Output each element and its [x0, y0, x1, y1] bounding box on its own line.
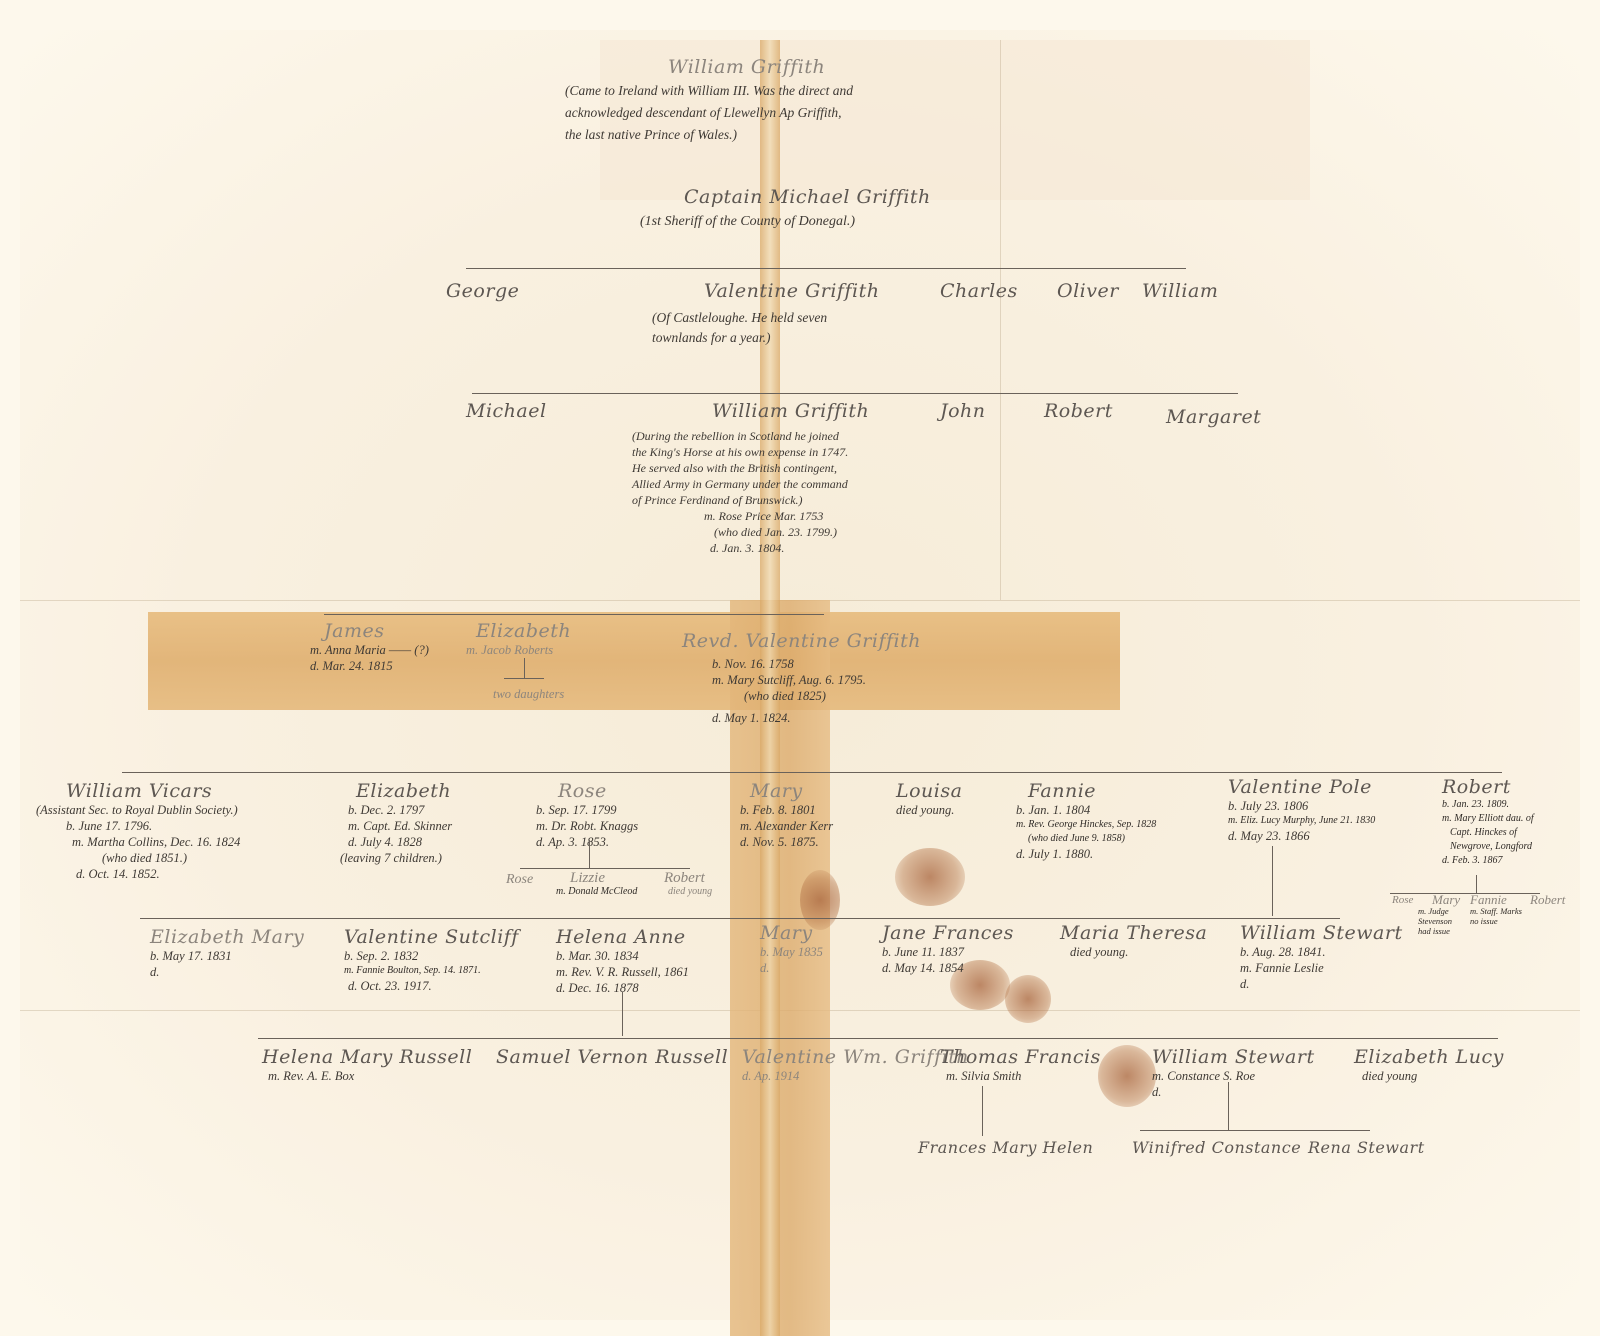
elizabeth-children-note: two daughters	[493, 686, 564, 702]
person-name: Mary	[760, 922, 823, 944]
detail-line: two daughters	[493, 686, 564, 702]
person-name: William Griffith	[668, 56, 825, 78]
person-name: Rose	[506, 872, 533, 888]
note-line: (Came to Ireland with William III. Was t…	[565, 80, 853, 102]
person-name: Lizzie	[556, 870, 637, 886]
detail-line: died young	[1354, 1068, 1504, 1084]
gen6-person: Robert b. Jan. 23. 1809. m. Mary Elliott…	[1442, 776, 1534, 868]
detail-line: m. Constance S. Roe	[1152, 1068, 1315, 1084]
person-name: Mary	[1418, 894, 1460, 906]
person-name: Elizabeth	[466, 620, 571, 642]
detail-line: d. Feb. 3. 1867	[1442, 854, 1534, 868]
gen9-person: Frances Mary Helen	[918, 1138, 1093, 1157]
gen7-person: Valentine Sutcliff b. Sep. 2. 1832 m. Fa…	[344, 926, 519, 994]
note-line: the King's Horse at his own expense in 1…	[632, 444, 848, 460]
detail-line: m. Alexander Kerr	[740, 818, 833, 834]
person-name: Jane Frances	[882, 922, 1014, 944]
robert-child: Mary m. Judge Stevenson had issue	[1418, 894, 1460, 936]
detail-line: b. Mar. 30. 1834	[556, 948, 689, 964]
detail-line: (who died 1825)	[712, 688, 866, 704]
detail-line: b. Dec. 2. 1797	[340, 802, 452, 818]
gen7-person: Jane Frances b. June 11. 1837 d. May 14.…	[882, 922, 1014, 976]
gen8-person: Thomas Francis m. Silvia Smith	[940, 1046, 1101, 1084]
person-name: Charles	[940, 280, 1018, 302]
person-name: Helena Mary Russell	[262, 1046, 472, 1068]
detail-line: died young.	[1060, 944, 1207, 960]
person-name: William Vicars	[36, 780, 240, 802]
detail-line: m. Jacob Roberts	[466, 642, 571, 658]
note-line: d. Jan. 3. 1804.	[632, 540, 848, 556]
rose-child: Rose	[506, 872, 533, 888]
detail-line: b. Jan. 23. 1809.	[1442, 798, 1534, 812]
fold-crease	[1000, 40, 1001, 600]
detail-line: (leaving 7 children.)	[340, 850, 452, 866]
note-line: m. Rose Price Mar. 1753	[632, 508, 848, 524]
note-line: acknowledged descendant of Llewellyn Ap …	[565, 102, 853, 124]
gen7-person: Maria Theresa died young.	[1060, 922, 1207, 960]
detail-line: died young.	[896, 802, 962, 818]
detail-line: m. Mary Elliott dau. of	[1442, 812, 1534, 826]
detail-line: b. May 1835	[760, 944, 823, 960]
gen6-person: William Vicars (Assistant Sec. to Royal …	[36, 780, 240, 882]
person-name: George	[446, 280, 519, 302]
person-name: Winifred Constance	[1132, 1138, 1301, 1157]
person-name: John	[940, 400, 986, 422]
rose-child: Lizzie m. Donald McCleod	[556, 870, 637, 898]
connector-line	[1228, 1082, 1229, 1130]
stain	[1005, 975, 1051, 1023]
detail-line: b. Sep. 17. 1799	[536, 802, 638, 818]
person-name: Valentine Sutcliff	[344, 926, 519, 948]
detail-line: b. June 11. 1837	[882, 944, 1014, 960]
gen4-note: (During the rebellion in Scotland he joi…	[632, 428, 848, 556]
person-name: Maria Theresa	[1060, 922, 1207, 944]
detail-line: m. Anna Maria —— (?)	[310, 642, 429, 658]
detail-line: d. Ap. 1914	[742, 1068, 969, 1084]
person-name: Valentine Griffith	[704, 280, 879, 302]
person-name: Mary	[740, 780, 833, 802]
person-name: Robert	[664, 870, 712, 886]
note-line: (who died Jan. 23. 1799.)	[632, 524, 848, 540]
detail-line: m. Fannie Boulton, Sep. 14. 1871.	[344, 964, 519, 978]
person-name: Rose	[536, 780, 638, 802]
detail-line: d. Oct. 14. 1852.	[36, 866, 240, 882]
detail-line: d.	[760, 960, 823, 976]
stain	[800, 870, 840, 930]
note-line: (1st Sheriff of the County of Donegal.)	[640, 214, 855, 230]
connector-line	[1272, 846, 1273, 916]
gen8-person: Elizabeth Lucy died young	[1354, 1046, 1504, 1084]
person-name: Valentine Pole	[1228, 776, 1375, 798]
gen8-person: William Stewart m. Constance S. Roe d.	[1152, 1046, 1315, 1100]
person-name: Oliver	[1057, 280, 1119, 302]
note-line: He served also with the British continge…	[632, 460, 848, 476]
detail-line: no issue	[1470, 916, 1522, 926]
gen3-person: Oliver	[1057, 280, 1119, 302]
person-name: William Griffith	[712, 400, 869, 422]
connector-line	[982, 1086, 983, 1136]
person-name: Samuel Vernon Russell	[496, 1046, 728, 1068]
person-name: William Stewart	[1152, 1046, 1315, 1068]
detail-line: d. Nov. 5. 1875.	[740, 834, 833, 850]
rose-child: Robert died young	[664, 870, 712, 898]
gen8-person: Helena Mary Russell m. Rev. A. E. Box	[262, 1046, 472, 1084]
person-name: Rena Stewart	[1308, 1138, 1425, 1157]
detail-line: m. Staff. Marks	[1470, 906, 1522, 916]
person-name: William Stewart	[1240, 922, 1403, 944]
detail-line: b. Aug. 28. 1841.	[1240, 944, 1403, 960]
person-name: Thomas Francis	[940, 1046, 1101, 1068]
person-name: Fannie	[1470, 894, 1522, 906]
detail-line: m. Martha Collins, Dec. 16. 1824	[36, 834, 240, 850]
gen7-person: Mary b. May 1835 d.	[760, 922, 823, 976]
detail-line: d.	[1240, 976, 1403, 992]
stain	[1098, 1045, 1156, 1107]
connector-line	[324, 614, 824, 615]
note-line: (Of Castleloughe. He held seven	[652, 308, 827, 328]
gen4-person: Michael	[466, 400, 547, 422]
detail-line: (who died June 9. 1858)	[1016, 832, 1156, 846]
gen9-person: Rena Stewart	[1308, 1138, 1425, 1157]
person-name: Louisa	[896, 780, 962, 802]
gen6-person: Elizabeth b. Dec. 2. 1797 m. Capt. Ed. S…	[340, 780, 452, 866]
gen3-person: George	[446, 280, 519, 302]
connector-line	[466, 268, 1186, 269]
detail-line: m. Rev. V. R. Russell, 1861	[556, 964, 689, 980]
gen4-person: Margaret	[1166, 406, 1261, 428]
note-line: (During the rebellion in Scotland he joi…	[632, 428, 848, 444]
person-name: Elizabeth	[340, 780, 452, 802]
detail-line: Newgrove, Longford	[1442, 840, 1534, 854]
detail-line: Stevenson	[1418, 916, 1460, 926]
detail-line: b. Feb. 8. 1801	[740, 802, 833, 818]
gen3-person: William	[1142, 280, 1218, 302]
gen6-person: Mary b. Feb. 8. 1801 m. Alexander Kerr d…	[740, 780, 833, 850]
gen9-person: Winifred Constance	[1132, 1138, 1301, 1157]
connector-line	[520, 868, 690, 869]
connector-line	[524, 658, 525, 678]
connector-line	[504, 678, 544, 679]
person-name: Revd. Valentine Griffith	[682, 630, 921, 652]
gen5-person: Elizabeth m. Jacob Roberts	[466, 620, 571, 658]
detail-line: (Assistant Sec. to Royal Dublin Society.…	[36, 802, 240, 818]
detail-line: m. Eliz. Lucy Murphy, June 21. 1830	[1228, 814, 1375, 828]
connector-line	[1140, 1130, 1370, 1131]
detail-line: (who died 1851.)	[36, 850, 240, 866]
gen6-person: Louisa died young.	[896, 780, 962, 818]
detail-line: d. July 4. 1828	[340, 834, 452, 850]
person-name: Elizabeth Mary	[150, 926, 304, 948]
gen5-person: Revd. Valentine Griffith	[682, 630, 921, 652]
detail-line: d. May 23. 1866	[1228, 828, 1375, 844]
person-name: Robert	[1530, 894, 1565, 906]
gen8-person: Valentine Wm. Griffith d. Ap. 1914	[742, 1046, 969, 1084]
detail-line: d. Ap. 3. 1853.	[536, 834, 638, 850]
detail-line: m. Rev. George Hinckes, Sep. 1828	[1016, 818, 1156, 832]
connector-line	[589, 840, 590, 868]
person-name: Helena Anne	[556, 926, 689, 948]
gen4-person: William Griffith	[712, 400, 869, 422]
gen3-note: (Of Castleloughe. He held seven townland…	[652, 308, 827, 348]
connector-line	[122, 772, 1502, 773]
detail-line: had issue	[1418, 926, 1460, 936]
tape-horizontal	[148, 612, 1120, 710]
person-name: Robert	[1044, 400, 1113, 422]
gen4-person: Robert	[1044, 400, 1113, 422]
connector-line	[1476, 875, 1477, 893]
person-name: James	[310, 620, 429, 642]
detail-line: b. Nov. 16. 1758	[712, 656, 866, 672]
person-name: Margaret	[1166, 406, 1261, 428]
detail-line: b. July 23. 1806	[1228, 798, 1375, 814]
stain	[895, 848, 965, 906]
connector-line	[622, 992, 623, 1036]
detail-line: b. Jan. 1. 1804	[1016, 802, 1156, 818]
detail-line: m. Silvia Smith	[940, 1068, 1101, 1084]
person-name: Robert	[1442, 776, 1534, 798]
gen5-person: James m. Anna Maria —— (?) d. Mar. 24. 1…	[310, 620, 429, 674]
detail-line: m. Judge	[1418, 906, 1460, 916]
detail-line: b. Sep. 2. 1832	[344, 948, 519, 964]
person-name: Rose	[1392, 894, 1413, 906]
person-name: William	[1142, 280, 1218, 302]
gen6-person: Rose b. Sep. 17. 1799 m. Dr. Robt. Knagg…	[536, 780, 638, 850]
gen1-person: William Griffith	[668, 56, 825, 78]
gen1-note: (Came to Ireland with William III. Was t…	[565, 80, 853, 146]
gen6-person: Valentine Pole b. July 23. 1806 m. Eliz.…	[1228, 776, 1375, 844]
detail-line: d.	[1152, 1084, 1315, 1100]
robert-child: Robert	[1530, 894, 1565, 906]
gen5-details: b. Nov. 16. 1758 m. Mary Sutcliff, Aug. …	[712, 656, 866, 726]
note-line: townlands for a year.)	[652, 328, 827, 348]
gen7-person: Helena Anne b. Mar. 30. 1834 m. Rev. V. …	[556, 926, 689, 996]
person-name: Fannie	[1016, 780, 1156, 802]
detail-line: d. Oct. 23. 1917.	[344, 978, 519, 994]
note-line: of Prince Ferdinand of Brunswick.)	[632, 492, 848, 508]
detail-line: m. Mary Sutcliff, Aug. 6. 1795.	[712, 672, 866, 688]
detail-line: d. July 1. 1880.	[1016, 846, 1156, 862]
gen2-note: (1st Sheriff of the County of Donegal.)	[640, 214, 855, 230]
detail-line: b. June 17. 1796.	[36, 818, 240, 834]
person-name: Michael	[466, 400, 547, 422]
person-name: Frances Mary Helen	[918, 1138, 1093, 1157]
detail-line: m. Dr. Robt. Knaggs	[536, 818, 638, 834]
note-line: the last native Prince of Wales.)	[565, 124, 853, 146]
gen4-person: John	[940, 400, 986, 422]
person-name: Valentine Wm. Griffith	[742, 1046, 969, 1068]
detail-line: d. May 14. 1854	[882, 960, 1014, 976]
detail-line: m. Donald McCleod	[556, 886, 637, 898]
detail-line: m. Rev. A. E. Box	[262, 1068, 472, 1084]
robert-child: Rose	[1392, 894, 1413, 906]
gen3-person: Valentine Griffith	[704, 280, 879, 302]
gen7-person: Elizabeth Mary b. May 17. 1831 d.	[150, 926, 304, 980]
detail-line: Capt. Hinckes of	[1442, 826, 1534, 840]
person-name: Captain Michael Griffith	[684, 186, 931, 208]
detail-line: died young	[664, 886, 712, 898]
gen6-person: Fannie b. Jan. 1. 1804 m. Rev. George Hi…	[1016, 780, 1156, 862]
detail-line: m. Capt. Ed. Skinner	[340, 818, 452, 834]
connector-line	[258, 1038, 1498, 1039]
connector-line	[472, 393, 1238, 394]
gen8-person: Samuel Vernon Russell	[496, 1046, 728, 1068]
note-line: Allied Army in Germany under the command	[632, 476, 848, 492]
gen7-person: William Stewart b. Aug. 28. 1841. m. Fan…	[1240, 922, 1403, 992]
robert-child: Fannie m. Staff. Marks no issue	[1470, 894, 1522, 926]
connector-line	[140, 918, 1340, 919]
detail-line: b. May 17. 1831	[150, 948, 304, 964]
detail-line: d. May 1. 1824.	[712, 710, 866, 726]
gen2-person: Captain Michael Griffith	[684, 186, 931, 208]
person-name: Elizabeth Lucy	[1354, 1046, 1504, 1068]
detail-line: d.	[150, 964, 304, 980]
gen3-person: Charles	[940, 280, 1018, 302]
detail-line: m. Fannie Leslie	[1240, 960, 1403, 976]
detail-line: d. Mar. 24. 1815	[310, 658, 429, 674]
